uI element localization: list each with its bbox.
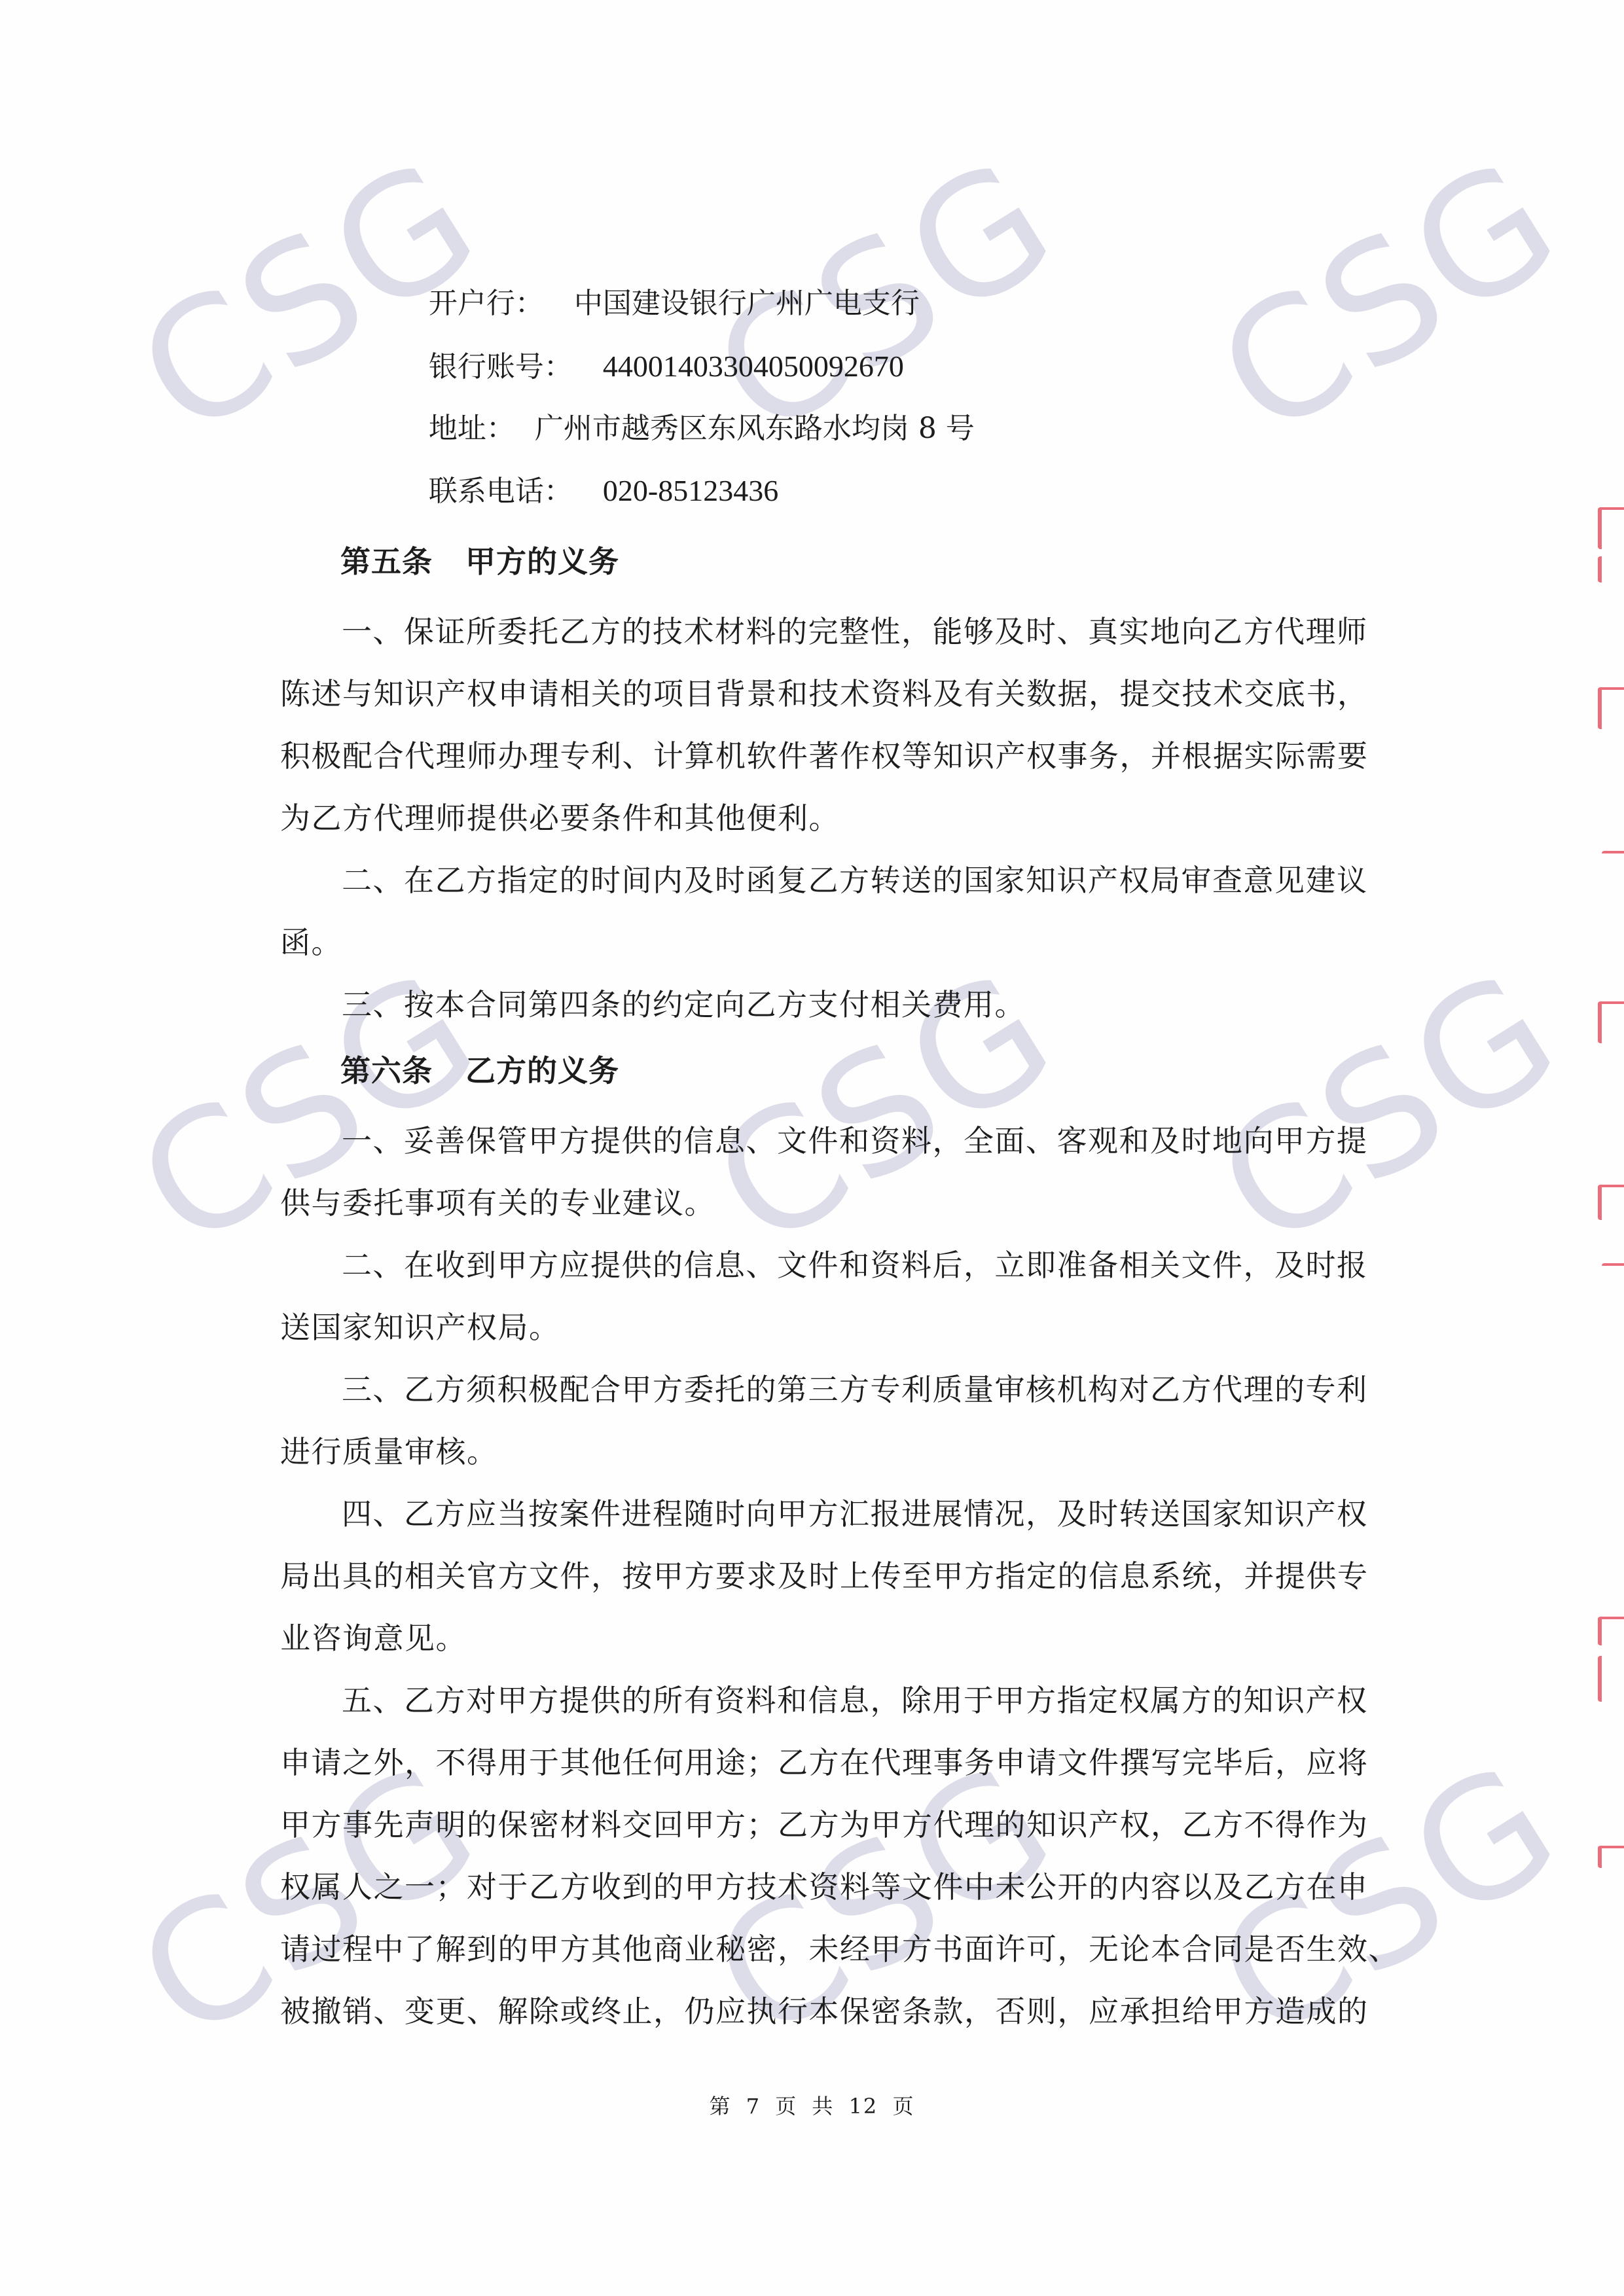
text-line: 一、保证所委托乙方的技术材料的完整性，能够及时、真实地向乙方代理师 (280, 601, 1359, 663)
text-line: 二、在乙方指定的时间内及时函复乙方转送的国家知识产权局审查意见建议 (280, 850, 1359, 912)
article-6-clause-1: 一、妥善保管甲方提供的信息、文件和资料，全面、客观和及时地向甲方提 供与委托事项… (280, 1110, 1359, 1234)
document-page: CSG CSG CSG CSG CSG CSG CSG CSG CSG 开户行：… (0, 0, 1624, 2296)
text-line: 供与委托事项有关的专业建议。 (280, 1172, 1359, 1234)
text-line: 三、按本合同第四条的约定向乙方支付相关费用。 (280, 974, 1359, 1036)
article-5-clause-2: 二、在乙方指定的时间内及时函复乙方转送的国家知识产权局审查意见建议 函。 (280, 850, 1359, 974)
article-6-clause-5: 五、乙方对甲方提供的所有资料和信息，除用于甲方指定权属方的知识产权 申请之外，不… (280, 1670, 1359, 2043)
text-line: 三、乙方须积极配合甲方委托的第三方专利质量审核机构对乙方代理的专利 (280, 1359, 1359, 1421)
text-line: 被撤销、变更、解除或终止，仍应执行本保密条款，否则，应承担给甲方造成的 (280, 1981, 1359, 2043)
text-line: 一、妥善保管甲方提供的信息、文件和资料，全面、客观和及时地向甲方提 (280, 1110, 1359, 1172)
text-line: 送国家知识产权局。 (280, 1297, 1359, 1359)
text-line: 申请之外，不得用于其他任何用途；乙方在代理事务申请文件撰写完毕后，应将 (280, 1732, 1359, 1794)
text-line: 为乙方代理师提供必要条件和其他便利。 (280, 787, 1359, 850)
article-6-clause-4: 四、乙方应当按案件进程随时向甲方汇报进展情况，及时转送国家知识产权 局出具的相关… (280, 1483, 1359, 1670)
article-6-number: 第六条 (340, 1053, 433, 1088)
text-line: 四、乙方应当按案件进程随时向甲方汇报进展情况，及时转送国家知识产权 (280, 1483, 1359, 1545)
phone-label: 联系电话： (429, 475, 573, 508)
text-line: 积极配合代理师办理专利、计算机软件著作权等知识产权事务，并根据实际需要 (280, 725, 1359, 787)
text-line: 局出具的相关官方文件，按甲方要求及时上传至甲方指定的信息系统，并提供专 (280, 1545, 1359, 1607)
text-line: 甲方事先声明的保密材料交回甲方；乙方为甲方代理的知识产权，乙方不得作为 (280, 1794, 1359, 1856)
text-line: 二、在收到甲方应提供的信息、文件和资料后，立即准备相关文件，及时报 (280, 1234, 1359, 1297)
phone-row: 联系电话：020-85123436 (355, 432, 778, 550)
text-line: 权属人之一；对于乙方收到的甲方技术资料等文件中未公开的内容以及乙方在申 (280, 1856, 1359, 1918)
article-5-number: 第五条 (340, 544, 433, 579)
phone-value: 020-85123436 (603, 474, 778, 507)
text-line: 业咨询意见。 (280, 1607, 1359, 1670)
document-content: 开户行：中国建设银行广州广电支行 银行账号：440014033040500926… (0, 0, 1624, 2296)
text-line: 陈述与知识产权申请相关的项目背景和技术资料及有关数据，提交技术交底书， (280, 663, 1359, 725)
text-line: 进行质量审核。 (280, 1421, 1359, 1483)
article-6-title: 乙方的义务 (465, 1053, 619, 1088)
article-6-clause-3: 三、乙方须积极配合甲方委托的第三方专利质量审核机构对乙方代理的专利 进行质量审核… (280, 1359, 1359, 1483)
text-line: 请过程中了解到的甲方其他商业秘密，未经甲方书面许可，无论本合同是否生效、 (280, 1918, 1359, 1981)
article-5-clause-1: 一、保证所委托乙方的技术材料的完整性，能够及时、真实地向乙方代理师 陈述与知识产… (280, 601, 1359, 850)
article-5-title: 甲方的义务 (465, 544, 619, 579)
article-6-clause-2: 二、在收到甲方应提供的信息、文件和资料后，立即准备相关文件，及时报 送国家知识产… (280, 1234, 1359, 1359)
page-number: 第 7 页 共 12 页 (0, 2090, 1624, 2120)
text-line: 函。 (280, 912, 1359, 974)
article-6-heading: 第六条乙方的义务 (340, 1051, 619, 1090)
article-5-heading: 第五条甲方的义务 (340, 542, 619, 581)
article-5-clause-3: 三、按本合同第四条的约定向乙方支付相关费用。 (280, 974, 1359, 1036)
text-line: 五、乙方对甲方提供的所有资料和信息，除用于甲方指定权属方的知识产权 (280, 1670, 1359, 1732)
